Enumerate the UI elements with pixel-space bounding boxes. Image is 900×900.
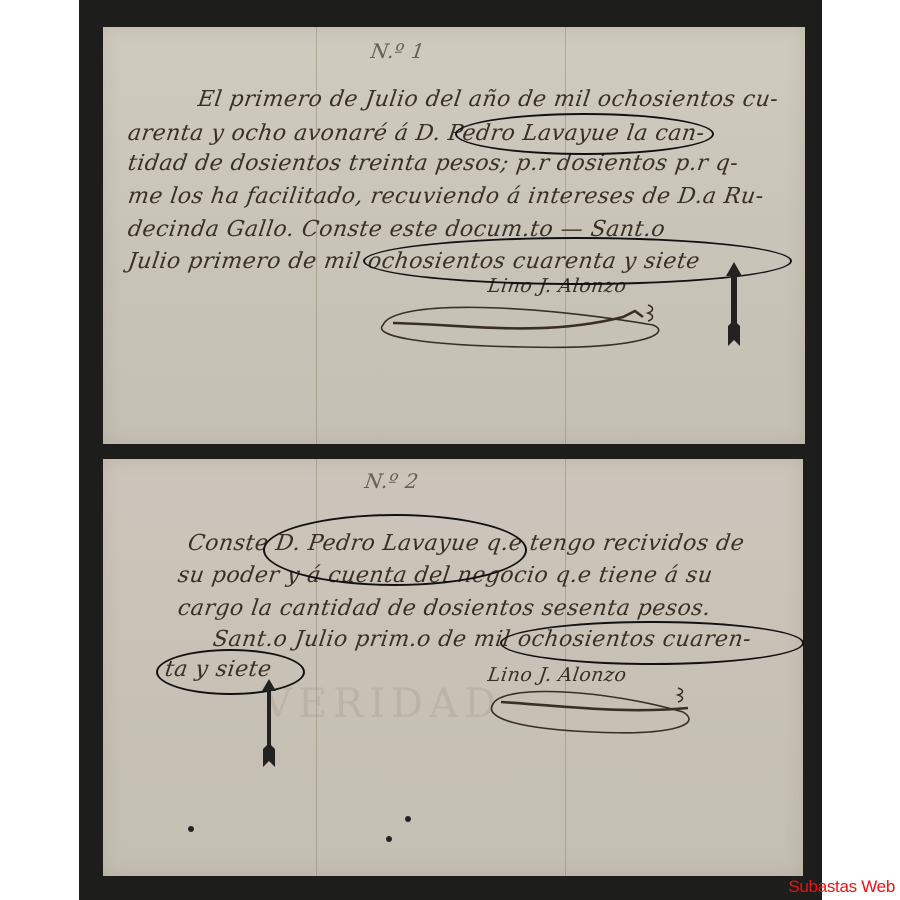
document-1: N.º 1 El primero de Julio del año de mil… <box>103 27 805 444</box>
binding-hole <box>405 816 411 822</box>
document-2: VERIDAD N.º 2 Conste D. Pedro Lavayue q.… <box>103 459 803 876</box>
document-number: N.º 2 <box>363 469 420 493</box>
signature-flourish <box>483 684 703 739</box>
circle-annotation <box>455 113 714 155</box>
bleed-through-text: VERIDAD <box>263 681 502 727</box>
text-line: tidad de dosientos treinta pesos; p.r do… <box>126 151 740 176</box>
binding-hole <box>188 826 194 832</box>
signature-flourish <box>373 295 673 357</box>
arrow-up-icon <box>725 262 743 348</box>
text-line: cargo la cantidad de dosientos sesenta p… <box>176 596 712 621</box>
circle-annotation <box>500 621 804 665</box>
document-number: N.º 1 <box>369 39 426 63</box>
text-line: El primero de Julio del año de mil ochos… <box>196 87 780 112</box>
circle-annotation <box>156 649 305 695</box>
arrow-up-icon <box>261 679 277 769</box>
text-line: me los ha facilitado, recuviendo á inter… <box>126 184 765 209</box>
watermark-label: Subastas Web <box>788 877 895 897</box>
binding-hole <box>386 836 392 842</box>
signature: Lino J. Alonzo <box>486 664 628 686</box>
circle-annotation <box>263 514 527 586</box>
